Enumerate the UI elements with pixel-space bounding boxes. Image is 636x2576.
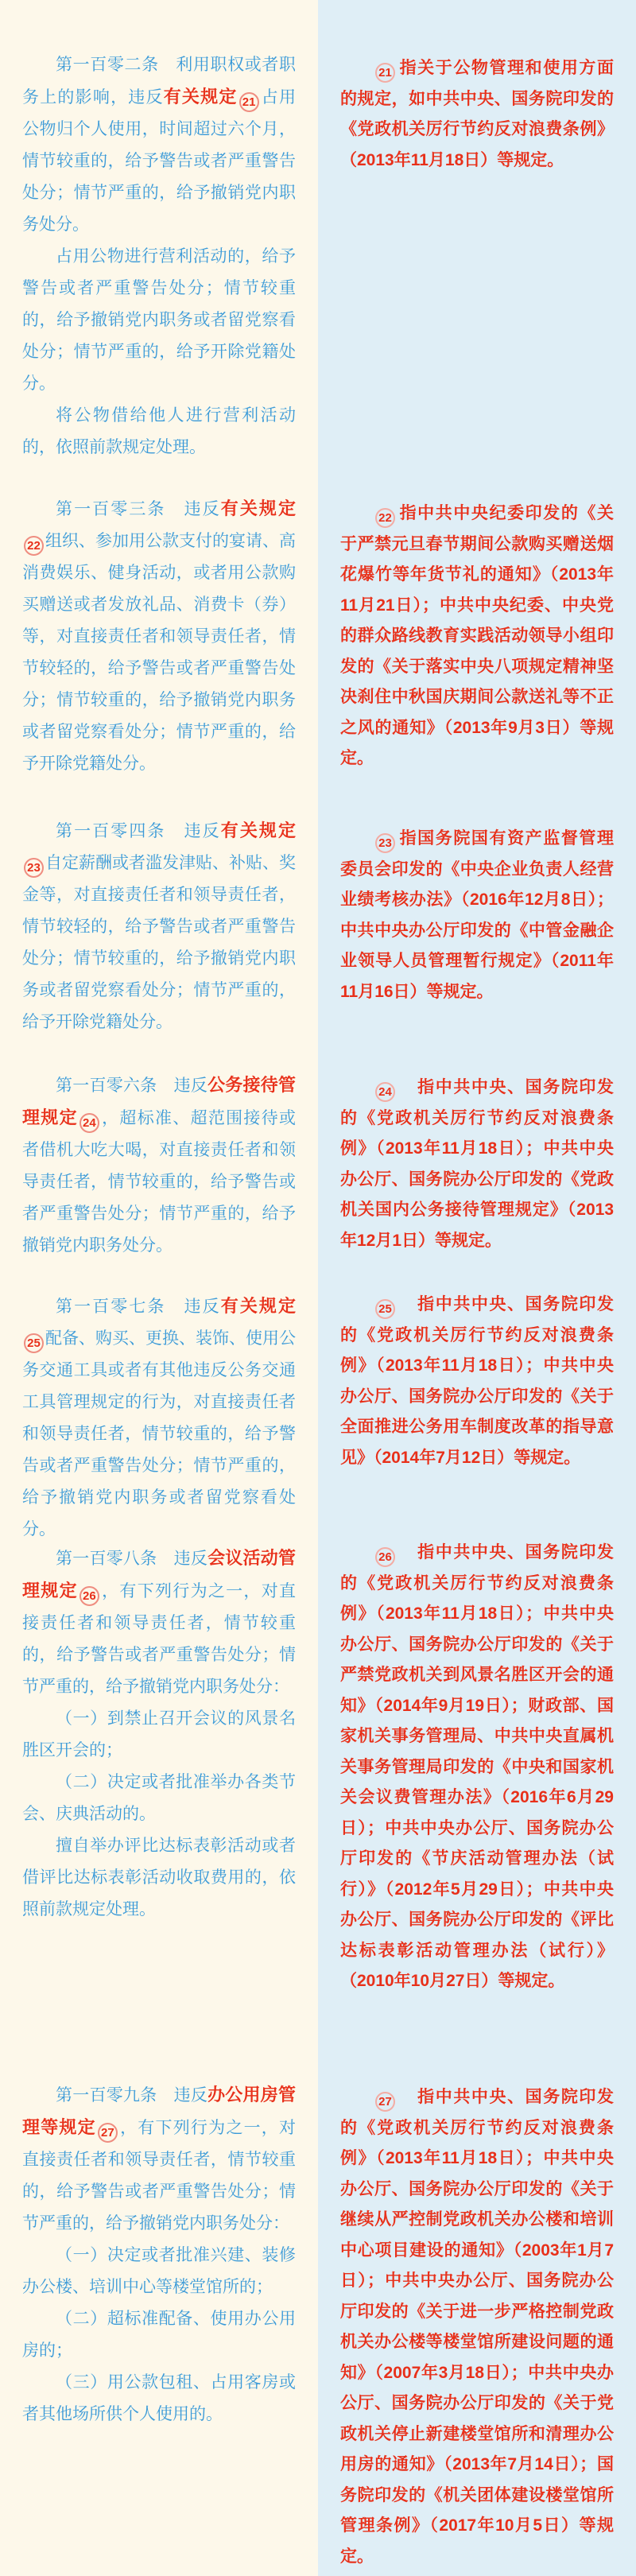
article-text: 自定薪酬或者滥发津贴、补贴、奖金等，对直接责任者和领导责任者，情节较轻的，给予警… bbox=[22, 854, 296, 1031]
article-103-paragraph-1: 第一百零三条 违反有关规定22组织、参加用公款支付的宴请、高消费娱乐、健身活动，… bbox=[22, 493, 296, 780]
article-108: 第一百零八条 违反会议活动管理规定26，有下列行为之一，对直接责任者和领导责任者… bbox=[22, 1542, 296, 1926]
article-text: 配备、购买、更换、装饰、使用公务交通工具或者有其他违反公务交通工具管理规定的行为… bbox=[22, 1329, 296, 1538]
circled-note-number-22: 22 bbox=[24, 536, 44, 556]
article-text: （三）用公款包租、占用客房或者其他场所供个人使用的。 bbox=[22, 2373, 296, 2423]
article-102-paragraph-2: 占用公物进行营利活动的，给予警告或者严重警告处分；情节较重的，给予撤销党内职务或… bbox=[22, 241, 296, 400]
circled-note-number-27: 27 bbox=[98, 2123, 118, 2143]
circled-note-number-21: 21 bbox=[375, 63, 395, 83]
circled-note-number-24: 24 bbox=[375, 1082, 395, 1102]
article-109: 第一百零九条 违反办公用房管理等规定27，有下列行为之一，对直接责任者和领导责任… bbox=[22, 2079, 296, 2431]
article-102-paragraph-1: 第一百零二条 利用职权或者职务上的影响，违反有关规定21占用公物归个人使用，时间… bbox=[22, 49, 296, 241]
article-109-paragraph-4: （三）用公款包租、占用客房或者其他场所供个人使用的。 bbox=[22, 2367, 296, 2431]
article-106-paragraph-1: 第一百零六条 违反公务接待管理规定24，超标准、超范围接待或者借机大吃大喝，对直… bbox=[22, 1069, 296, 1262]
article-109-paragraph-2: （一）决定或者批准兴建、装修办公楼、培训中心等楼堂馆所的； bbox=[22, 2240, 296, 2303]
article-106: 第一百零六条 违反公务接待管理规定24，超标准、超范围接待或者借机大吃大喝，对直… bbox=[22, 1069, 296, 1262]
article-104: 第一百零四条 违反有关规定23自定薪酬或者滥发津贴、补贴、奖金等，对直接责任者和… bbox=[22, 815, 296, 1038]
annotation-text: 指中共中央、国务院印发的《党政机关厉行节约反对浪费条例》（2013年11月18日… bbox=[340, 2088, 614, 2566]
circled-note-number-23: 23 bbox=[24, 858, 44, 878]
annotation-text: 指中共中央、国务院印发的《党政机关厉行节约反对浪费条例》（2013年11月18日… bbox=[340, 1543, 614, 1990]
article-text: 擅自举办评比达标表彰活动或者借评比达标表彰活动收取费用的，依照前款规定处理。 bbox=[22, 1837, 296, 1918]
annotation-23: 23指国务院国有资产监督管理委员会印发的《中央企业负责人经营业绩考核办法》（20… bbox=[340, 824, 614, 1007]
annotation-27: 27 指中共中央、国务院印发的《党政机关厉行节约反对浪费条例》（2013年11月… bbox=[340, 2082, 614, 2572]
article-text: 第一百零六条 违反 bbox=[56, 1077, 207, 1095]
article-108-paragraph-3: （二）决定或者批准举办各类节会、庆典活动的。 bbox=[22, 1767, 296, 1830]
article-text: 第一百零九条 违反 bbox=[56, 2086, 207, 2105]
highlighted-term: 有关规定 bbox=[221, 1296, 296, 1316]
article-108-paragraph-4: 擅自举办评比达标表彰活动或者借评比达标表彰活动收取费用的，依照前款规定处理。 bbox=[22, 1830, 296, 1926]
highlighted-term: 有关规定 bbox=[221, 821, 296, 840]
article-104-paragraph-1: 第一百零四条 违反有关规定23自定薪酬或者滥发津贴、补贴、奖金等，对直接责任者和… bbox=[22, 815, 296, 1038]
highlighted-term: 有关规定 bbox=[221, 499, 296, 518]
annotation-24: 24 指中共中央、国务院印发的《党政机关厉行节约反对浪费条例》（2013年11月… bbox=[340, 1073, 614, 1256]
annotation-26: 26 指中共中央、国务院印发的《党政机关厉行节约反对浪费条例》（2013年11月… bbox=[340, 1538, 614, 1997]
article-text: （一）决定或者批准兴建、装修办公楼、培训中心等楼堂馆所的； bbox=[22, 2246, 296, 2296]
annotation-text: 指中共中央、国务院印发的《党政机关厉行节约反对浪费条例》（2013年11月18日… bbox=[340, 1078, 614, 1250]
article-text: （二）超标准配备、使用办公用房的； bbox=[22, 2310, 296, 2360]
annotation-text: 指中共中央纪委印发的《关于严禁元旦春节期间公款购买赠送烟花爆竹等年货节礼的通知》… bbox=[340, 504, 614, 767]
article-107-paragraph-1: 第一百零七条 违反有关规定25配备、购买、更换、装饰、使用公务交通工具或者有其他… bbox=[22, 1290, 296, 1546]
article-108-paragraph-2: （一）到禁止召开会议的风景名胜区开会的； bbox=[22, 1703, 296, 1767]
annotation-text: 指国务院国有资产监督管理委员会印发的《中央企业负责人经营业绩考核办法》（2016… bbox=[340, 829, 614, 1001]
article-text: （一）到禁止召开会议的风景名胜区开会的； bbox=[22, 1709, 296, 1759]
highlighted-term: 有关规定 bbox=[164, 87, 238, 107]
article-103: 第一百零三条 违反有关规定22组织、参加用公款支付的宴请、高消费娱乐、健身活动，… bbox=[22, 493, 296, 780]
article-107: 第一百零七条 违反有关规定25配备、购买、更换、装饰、使用公务交通工具或者有其他… bbox=[22, 1290, 296, 1546]
article-text: 第一百零三条 违反 bbox=[56, 500, 221, 518]
circled-note-number-27: 27 bbox=[375, 2092, 395, 2112]
article-108-paragraph-1: 第一百零八条 违反会议活动管理规定26，有下列行为之一，对直接责任者和领导责任者… bbox=[22, 1542, 296, 1703]
article-text: 第一百零七条 违反 bbox=[56, 1298, 221, 1316]
article-109-paragraph-3: （二）超标准配备、使用办公用房的； bbox=[22, 2303, 296, 2367]
articles-column: 第一百零二条 利用职权或者职务上的影响，违反有关规定21占用公物归个人使用，时间… bbox=[0, 0, 318, 2576]
annotations-column: 21指关于公物管理和使用方面的规定，如中共中央、国务院印发的《党政机关厉行节约反… bbox=[318, 0, 636, 2576]
circled-note-number-22: 22 bbox=[375, 508, 395, 528]
article-109-paragraph-1: 第一百零九条 违反办公用房管理等规定27，有下列行为之一，对直接责任者和领导责任… bbox=[22, 2079, 296, 2240]
article-text: 将公物借给他人进行营利活动的，依照前款规定处理。 bbox=[22, 406, 296, 456]
circled-note-number-23: 23 bbox=[375, 833, 395, 853]
circled-note-number-25: 25 bbox=[24, 1333, 44, 1353]
article-text: 第一百零四条 违反 bbox=[56, 822, 221, 840]
article-102: 第一百零二条 利用职权或者职务上的影响，违反有关规定21占用公物归个人使用，时间… bbox=[22, 49, 296, 464]
annotation-21: 21指关于公物管理和使用方面的规定，如中共中央、国务院印发的《党政机关厉行节约反… bbox=[340, 53, 614, 176]
annotation-22: 22指中共中央纪委印发的《关于严禁元旦春节期间公款购买赠送烟花爆竹等年货节礼的通… bbox=[340, 499, 614, 774]
circled-note-number-26: 26 bbox=[375, 1547, 395, 1567]
article-text: 占用公物进行营利活动的，给予警告或者严重警告处分；情节较重的，给予撤销党内职务或… bbox=[22, 247, 296, 393]
annotation-25: 25 指中共中央、国务院印发的《党政机关厉行节约反对浪费条例》（2013年11月… bbox=[340, 1290, 614, 1473]
article-102-paragraph-3: 将公物借给他人进行营利活动的，依照前款规定处理。 bbox=[22, 400, 296, 464]
article-text: 第一百零八条 违反 bbox=[56, 1550, 207, 1568]
article-text: 组织、参加用公款支付的宴请、高消费娱乐、健身活动，或者用公款购买赠送或者发放礼品… bbox=[22, 532, 296, 773]
article-text: （二）决定或者批准举办各类节会、庆典活动的。 bbox=[22, 1773, 296, 1823]
circled-note-number-21: 21 bbox=[239, 92, 259, 112]
circled-note-number-25: 25 bbox=[375, 1299, 395, 1319]
article-text: ，超标准、超范围接待或者借机大吃大喝，对直接责任者和领导责任者，情节较重的，给予… bbox=[22, 1109, 296, 1255]
circled-note-number-26: 26 bbox=[79, 1586, 99, 1606]
circled-note-number-24: 24 bbox=[79, 1113, 99, 1133]
annotation-text: 指中共中央、国务院印发的《党政机关厉行节约反对浪费条例》（2013年11月18日… bbox=[340, 1295, 614, 1467]
